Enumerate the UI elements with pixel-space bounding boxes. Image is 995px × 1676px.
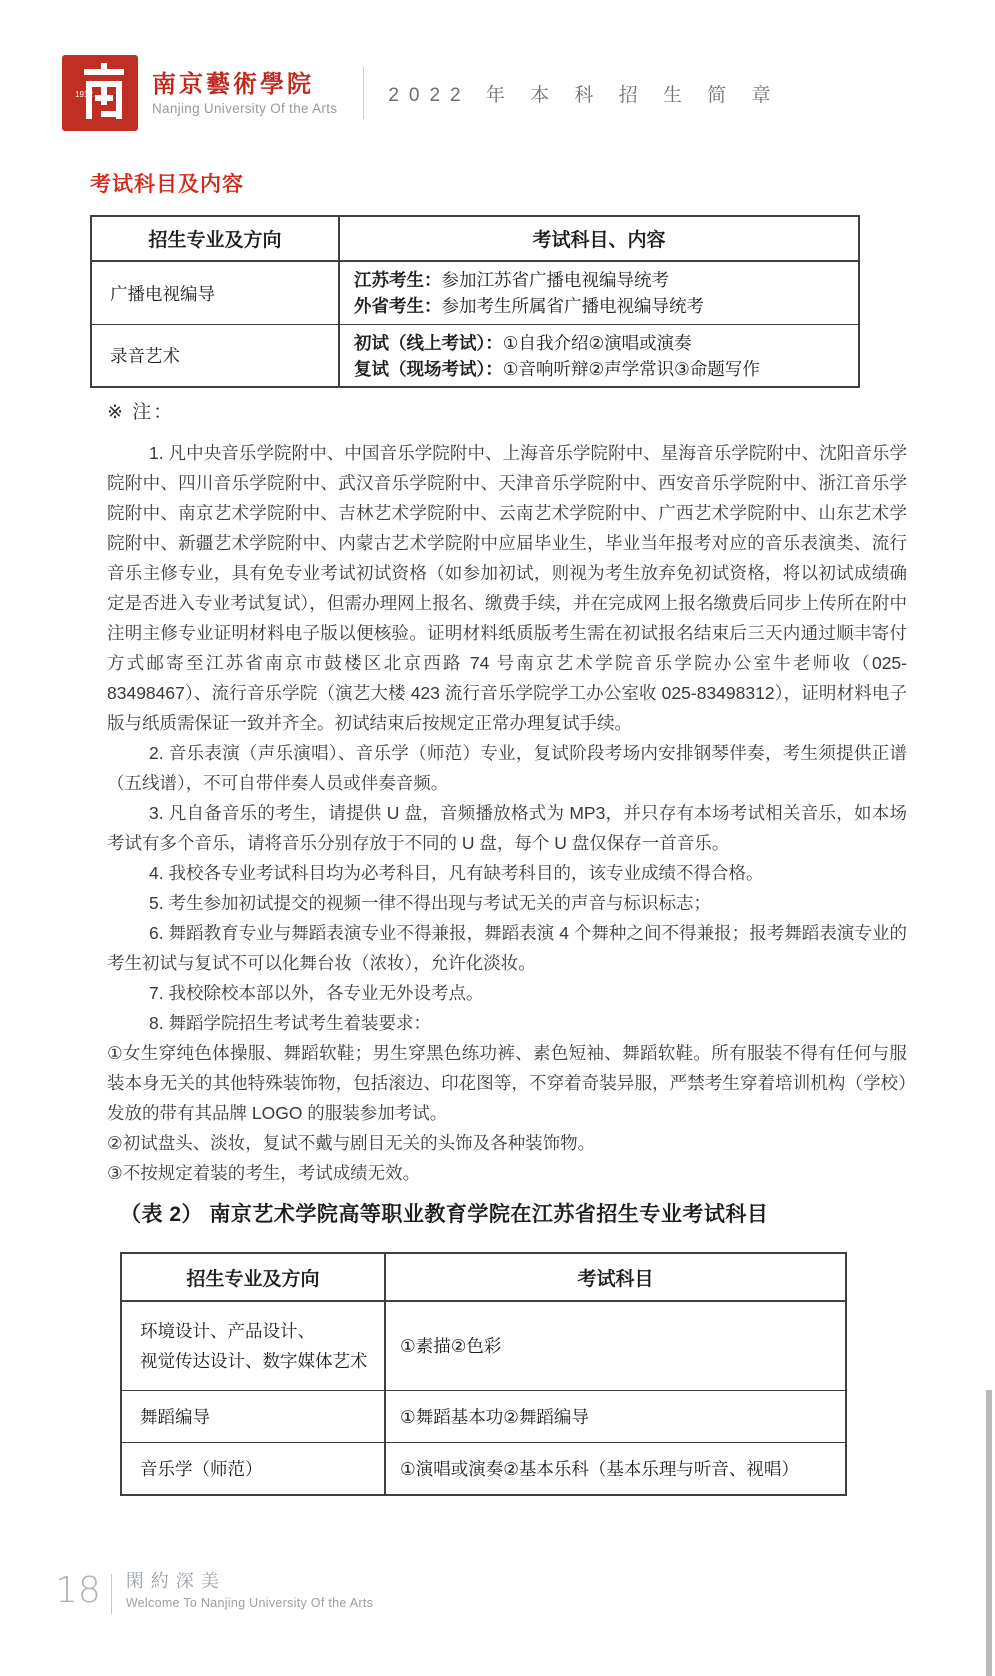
header-divider	[363, 67, 364, 119]
table-row: 音乐学（师范） ①演唱或演奏②基本乐科（基本乐理与听音、视唱）	[122, 1442, 845, 1494]
note-item-3: 3. 凡自备音乐的考生，请提供 U 盘，音频播放格式为 MP3，并只存有本场考试…	[107, 798, 907, 858]
notes-marker: ※ 注：	[107, 398, 907, 428]
university-name-cn: 南京藝術學院	[152, 70, 337, 98]
note-item-1: 1. 凡中央音乐学院附中、中国音乐学院附中、上海音乐学院附中、星海音乐学院附中、…	[107, 438, 907, 738]
banner-title: 2022 年 本 科 招 生 简 章	[388, 80, 780, 107]
note-subitem-3: ③不按规定着装的考生，考试成绩无效。	[107, 1158, 907, 1188]
subject-content: ①舞蹈基本功②舞蹈编导	[384, 1391, 845, 1442]
page-edge-bar	[986, 1390, 992, 1676]
page-number: 18	[55, 1572, 101, 1610]
seal-year-text: 1912	[75, 90, 93, 99]
col-header-content: 考试科目、内容	[338, 217, 858, 260]
major-name: 音乐学（师范）	[122, 1443, 384, 1494]
section2-title: （表 2） 南京艺术学院高等职业教育学院在江苏省招生专业考试科目	[120, 1198, 768, 1228]
note-item-5: 5. 考生参加初试提交的视频一律不得出现与考试无关的声音与标识标志；	[107, 888, 907, 918]
footer-slogan-en: Welcome To Nanjing University Of the Art…	[126, 1596, 373, 1610]
major-name: 环境设计、产品设计、 视觉传达设计、数字媒体艺术	[122, 1302, 384, 1390]
brand-block: 南京藝術學院 Nanjing University Of the Arts	[152, 70, 337, 116]
exam-subjects-table: 招生专业及方向 考试科目、内容 广播电视编导 江苏考生：参加江苏省广播电视编导统…	[90, 215, 860, 388]
university-name-en: Nanjing University Of the Arts	[152, 101, 337, 116]
page-header: 1912 南京藝術學院 Nanjing University Of the Ar…	[62, 55, 781, 131]
note-subitem-1: ①女生穿纯色体操服、舞蹈软鞋；男生穿黑色练功裤、素色短袖、舞蹈软鞋。所有服装不得…	[107, 1038, 907, 1128]
major-name: 舞蹈编导	[122, 1391, 384, 1442]
note-subitem-2: ②初试盘头、淡妆，复试不戴与剧目无关的头饰及各种装饰物。	[107, 1128, 907, 1158]
note-item-8: 8. 舞蹈学院招生考试考生着装要求：	[107, 1008, 907, 1038]
col-header-major: 招生专业及方向	[92, 217, 338, 260]
subject-content: 初试（线上考试）：①自我介绍②演唱或演奏 复试（现场考试）：①音响听辩②声学常识…	[338, 325, 858, 386]
note-item-2: 2. 音乐表演（声乐演唱）、音乐学（师范）专业，复试阶段考场内安排钢琴伴奏，考生…	[107, 738, 907, 798]
col-header-subjects: 考试科目	[384, 1254, 845, 1300]
col-header-major: 招生专业及方向	[122, 1254, 384, 1300]
page-footer: 18 閑約深美 Welcome To Nanjing University Of…	[55, 1572, 373, 1614]
notes-section: ※ 注： 1. 凡中央音乐学院附中、中国音乐学院附中、上海音乐学院附中、星海音乐…	[107, 398, 907, 1188]
footer-slogan-cn: 閑約深美	[126, 1572, 373, 1592]
table-row: 环境设计、产品设计、 视觉传达设计、数字媒体艺术 ①素描②色彩	[122, 1302, 845, 1390]
subject-content: ①素描②色彩	[384, 1302, 845, 1390]
major-name: 录音艺术	[92, 325, 338, 386]
document-page: 1912 南京藝術學院 Nanjing University Of the Ar…	[0, 0, 995, 1676]
note-item-4: 4. 我校各专业考试科目均为必考科目，凡有缺考科目的，该专业成绩不得合格。	[107, 858, 907, 888]
subject-content: ①演唱或演奏②基本乐科（基本乐理与听音、视唱）	[384, 1443, 845, 1494]
subject-content: 江苏考生：参加江苏省广播电视编导统考 外省考生：参加考生所属省广播电视编导统考	[338, 262, 858, 324]
section1-title: 考试科目及内容	[90, 168, 244, 198]
subject-line: 复试（现场考试）：①音响听辩②声学常识③命题写作	[354, 356, 858, 382]
table-row: 舞蹈编导 ①舞蹈基本功②舞蹈编导	[122, 1390, 845, 1442]
table-row: 广播电视编导 江苏考生：参加江苏省广播电视编导统考 外省考生：参加考生所属省广播…	[92, 262, 858, 324]
subject-line: 江苏考生：参加江苏省广播电视编导统考	[354, 267, 858, 293]
note-item-6: 6. 舞蹈教育专业与舞蹈表演专业不得兼报，舞蹈表演 4 个舞种之间不得兼报；报考…	[107, 918, 907, 978]
footer-slogan-block: 閑約深美 Welcome To Nanjing University Of th…	[126, 1572, 373, 1610]
vocational-college-exam-table: 招生专业及方向 考试科目 环境设计、产品设计、 视觉传达设计、数字媒体艺术 ①素…	[120, 1252, 847, 1496]
table-header-row: 招生专业及方向 考试科目、内容	[92, 217, 858, 262]
note-item-7: 7. 我校除校本部以外，各专业无外设考点。	[107, 978, 907, 1008]
major-name: 广播电视编导	[92, 262, 338, 324]
subject-line: 初试（线上考试）：①自我介绍②演唱或演奏	[354, 330, 858, 356]
table-header-row: 招生专业及方向 考试科目	[122, 1254, 845, 1302]
table-row: 录音艺术 初试（线上考试）：①自我介绍②演唱或演奏 复试（现场考试）：①音响听辩…	[92, 324, 858, 386]
subject-line: 外省考生：参加考生所属省广播电视编导统考	[354, 293, 858, 319]
university-seal-logo: 1912	[62, 55, 138, 131]
footer-divider	[111, 1574, 112, 1614]
